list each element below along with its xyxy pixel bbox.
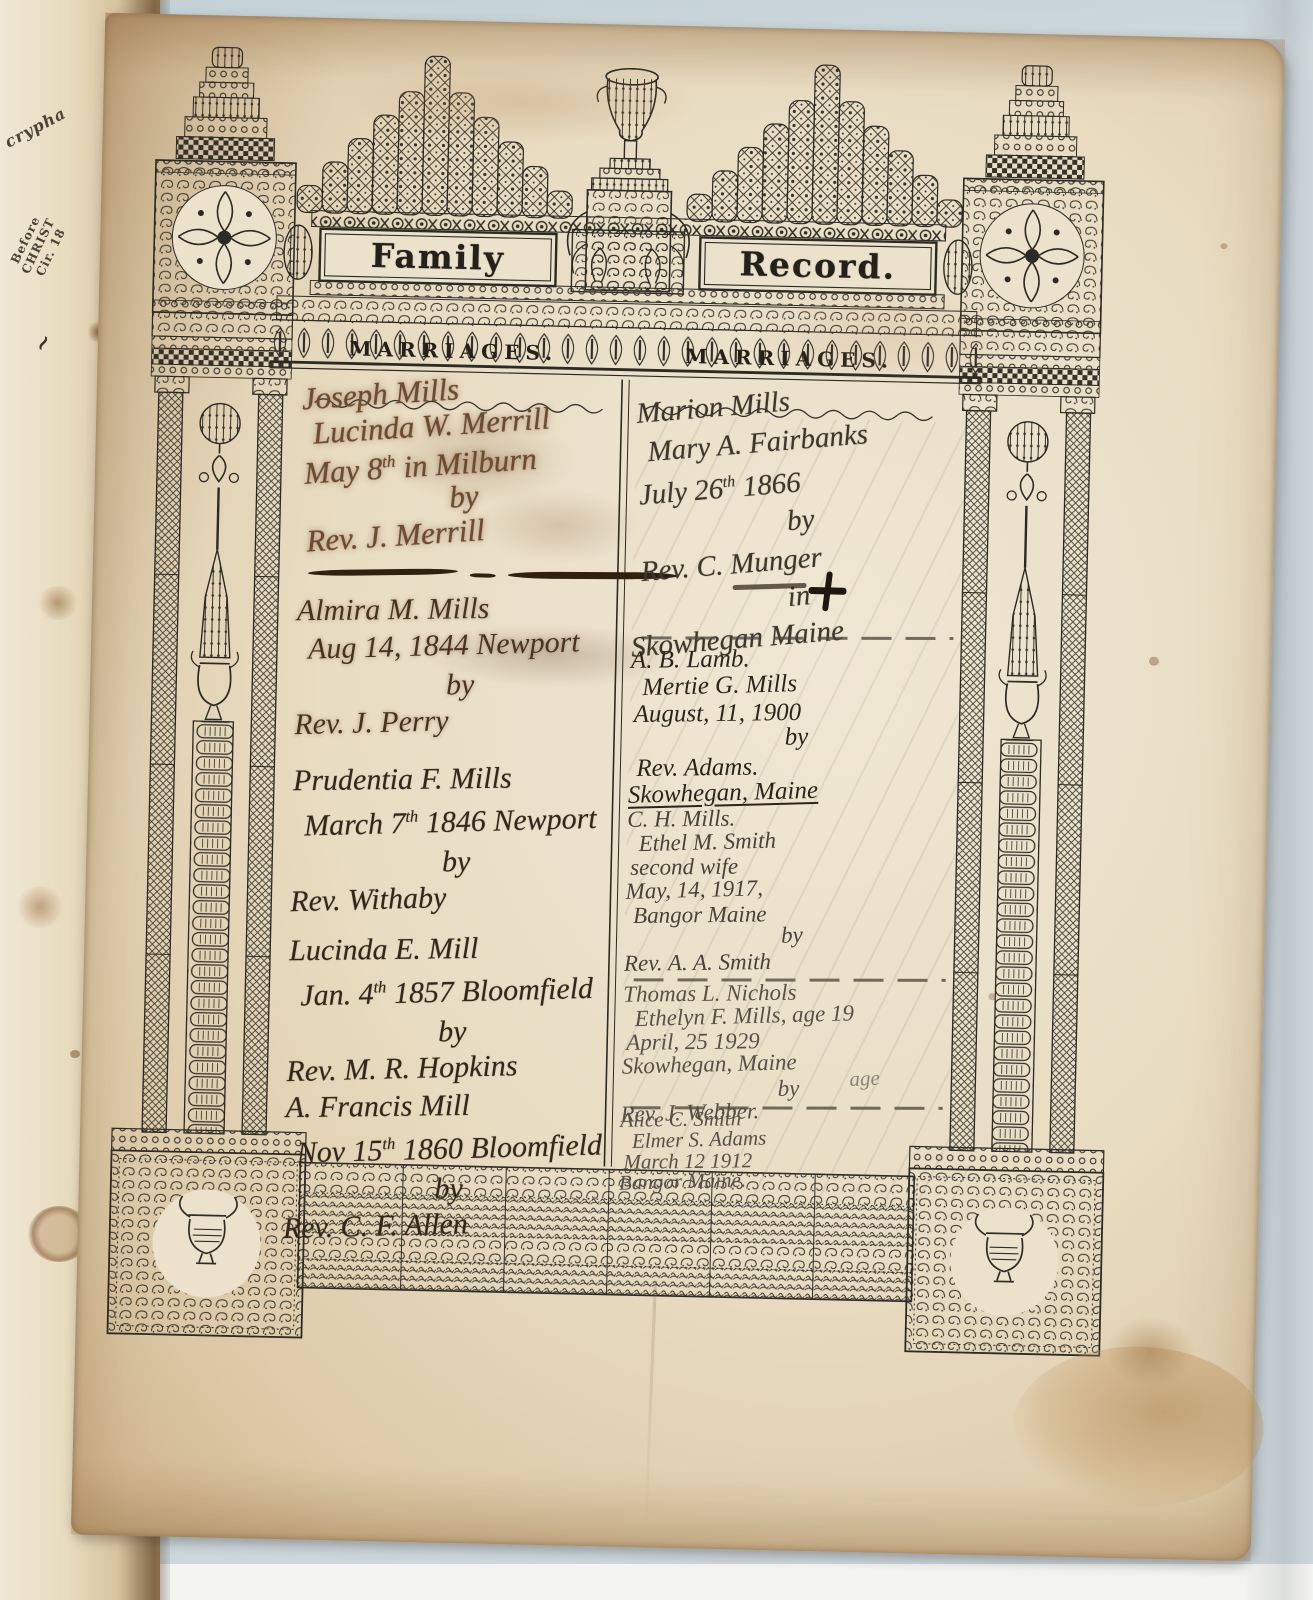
handwritten-line: Rev. A. A. Smith xyxy=(624,948,959,976)
handwritten-line: Rev. M. R. Hopkins xyxy=(286,1045,617,1092)
marriage-entry: Almira M. MillsAug 14, 1844 NewportbyRev… xyxy=(294,592,627,751)
marriage-entry: C. H. Mills.Ethel M. Smithsecond wifeMay… xyxy=(624,808,963,984)
handwritten-line: March 7th 1846 Newport xyxy=(303,792,622,845)
stain xyxy=(14,886,66,928)
plate-title-record: Record. xyxy=(699,237,936,294)
spine-text-fragment: Before CHRIST Cir. 18 xyxy=(6,210,70,282)
pencil-note-age: age xyxy=(849,1066,880,1092)
stain xyxy=(36,586,80,620)
marriage-entry: A. B. Lamb.Mertie G. MillsAugust, 11, 19… xyxy=(627,647,966,817)
background-bottom-strip xyxy=(0,1564,1313,1600)
spine-flourish: ~ xyxy=(27,329,59,358)
marriage-entry: Marion MillsMary A. FairbanksJuly 26th 1… xyxy=(631,395,972,674)
handwritten-line: Jan. 4th 1857 Bloomfield xyxy=(300,962,619,1015)
handwritten-line: Nov 15th 1860 Bloomfield xyxy=(296,1119,615,1172)
marriage-entry: Lucinda E. MillJan. 4th 1857 Bloomfieldb… xyxy=(286,932,620,1098)
plate-title-family: Family xyxy=(319,229,556,286)
entry-separator xyxy=(641,636,953,640)
marriage-entry: Joseph MillsLucinda W. MerrillMay 8th in… xyxy=(298,382,632,566)
spine-text-fragment: crypha xyxy=(1,103,69,151)
handwritten-line: Rev. J. Perry xyxy=(294,698,625,745)
marriage-entry: Prudentia F. MillsMarch 7th 1846 Newport… xyxy=(290,762,624,928)
photo-of-family-record-page: crypha Before CHRIST Cir. 18 ~ xyxy=(0,0,1313,1600)
lattice-pyramid-left xyxy=(297,53,576,218)
stain xyxy=(70,1050,80,1058)
lattice-pyramid-right xyxy=(687,62,966,227)
handwritten-line: Aug 14, 1844 Newport xyxy=(308,622,627,668)
marriage-entry: A. Francis MillNov 15th 1860 Bloomfieldb… xyxy=(282,1089,616,1255)
handwritten-line: Rev. Withaby xyxy=(290,875,621,922)
record-page: Family Record. MARRIAGES. MARRIAGES. Jos… xyxy=(71,13,1285,1561)
handwritten-line: Bangor Maine. xyxy=(619,1164,954,1194)
handwritten-line: Rev. C. F. Allen xyxy=(282,1202,613,1249)
marriage-entry: Alice C. SmithElmer S. AdamsMarch 12 191… xyxy=(619,1110,956,1202)
